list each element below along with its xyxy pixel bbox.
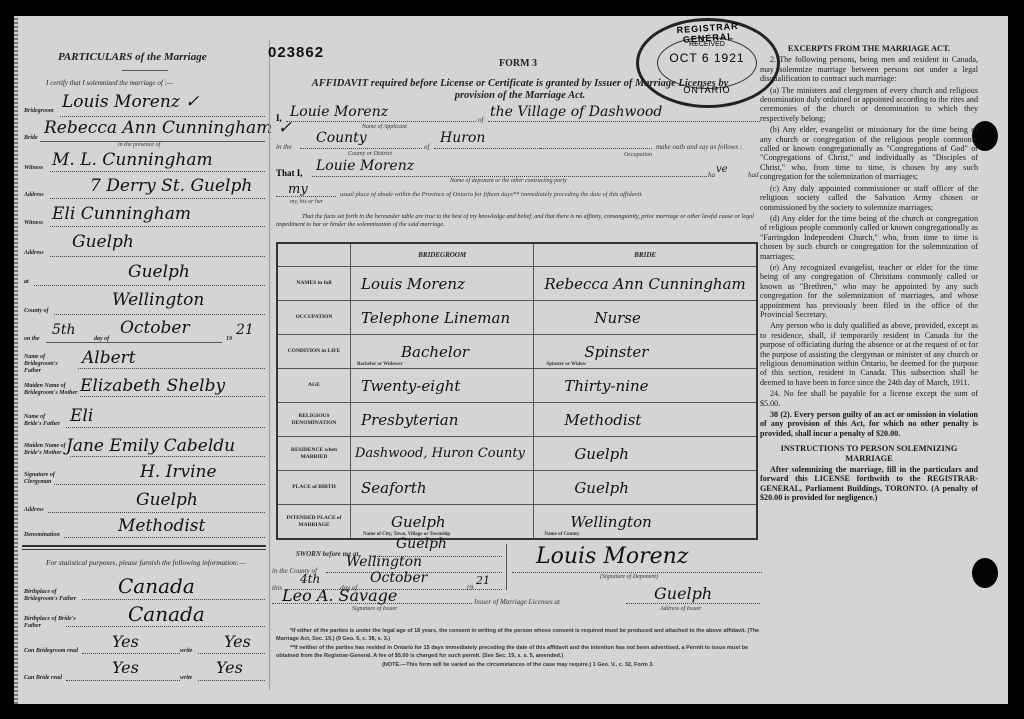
bride-father-value: Eli [70, 406, 93, 426]
excerpt-para: (d) Any elder for the time being of the … [760, 214, 978, 261]
particulars-title: PARTICULARS of the Marriage [58, 51, 207, 63]
groom-denomination: Presbyterian [351, 403, 534, 437]
footnote-2: **If neither of the parties has resided … [276, 645, 760, 660]
groom-occupation-text: Telephone Lineman [361, 309, 510, 327]
groom-birthplace: Seaforth [351, 471, 534, 505]
row-label: AGE [277, 369, 351, 403]
address-2-value: Guelph [72, 232, 134, 252]
county-value: Wellington [112, 290, 204, 310]
serial-number: 023862 [268, 44, 324, 61]
groom-read-value: Yes [112, 632, 139, 651]
facts-statement: That the facts set forth in the hereunde… [276, 213, 760, 229]
bride-label: Bride [24, 135, 38, 142]
groom-mother-value: Elizabeth Shelby [80, 376, 225, 396]
registrar-received-stamp: REGISTRAR GENERAL RECEIVED OCT 6 1921 ON… [636, 18, 780, 108]
excerpt-para: Any person who is duly qualified as abov… [760, 321, 978, 387]
statistical-intro: For statistical purposes, please furnish… [24, 558, 264, 567]
bride-birthplace-text: Guelph [574, 479, 629, 497]
excerpt-para: (c) Any duly appointed commissioner or s… [760, 184, 978, 212]
oath-text: make oath and say as follows : [656, 143, 742, 151]
abode-text: usual place of abode within the Province… [340, 191, 643, 198]
bride-residence: Guelph [534, 437, 757, 471]
table-row: RELIGIOUS DENOMINATION Presbyterian Meth… [277, 403, 757, 437]
groom-intended-place: GuelphName of City, Town, Village or Tow… [351, 505, 534, 540]
row-label: PLACE of BIRTH [277, 471, 351, 505]
had-label: had [748, 171, 759, 179]
groom-age-text: Twenty-eight [361, 377, 460, 395]
row-label: OCCUPATION [277, 301, 351, 335]
deponent-value: Louie Morenz [316, 158, 414, 174]
clergyman-value: H. Irvine [140, 462, 217, 482]
sworn-divider [506, 544, 507, 590]
clergyman-line [54, 484, 265, 485]
sworn-county-value: Wellington [346, 554, 422, 570]
address-1-line [50, 198, 265, 199]
groom-condition-text: Bachelor [401, 343, 469, 361]
excerpt-para: (b) Any elder, evangelist or missionary … [760, 125, 978, 181]
sworn-this-label: this [272, 584, 282, 592]
groom-father-line [78, 368, 265, 369]
groom-name: Louis Morenz [351, 267, 534, 301]
address-2-line [50, 256, 265, 257]
denomination-label: Denomination [24, 532, 60, 539]
bridegroom-label: Bridegroom [24, 108, 54, 115]
occupation-line [540, 148, 652, 149]
applicant-prefix: I, [276, 113, 282, 123]
row-label: INTENDED PLACE of MARRIAGE [277, 505, 351, 540]
footnote-1: *If either of the parties is under the l… [276, 628, 760, 643]
stamp-received: RECEIVED [667, 41, 747, 48]
bride-father-birthplace-line [66, 626, 265, 627]
bridegroom-value: Louis Morenz ✓ [62, 92, 199, 112]
particulars-table: BRIDEGROOM BRIDE NAMES in full Louis Mor… [276, 242, 758, 540]
groom-intended-place-text: Guelph [391, 513, 446, 531]
deponent-signature-line [512, 572, 762, 573]
section-divider-2 [22, 549, 266, 550]
address-1-value: 7 Derry St. Guelph [90, 176, 252, 196]
groom-father-birthplace-label: Birthplace of Bridegroom's Father [24, 589, 88, 603]
at-line [34, 285, 265, 286]
place-value: the Village of Dashwood [490, 104, 662, 120]
footnotes: *If either of the parties is under the l… [276, 628, 760, 670]
punch-hole-bottom [972, 558, 998, 588]
bride-age-text: Thirty-nine [564, 377, 648, 395]
table-row: AGE Twenty-eight Thirty-nine [277, 369, 757, 403]
instructions-title: INSTRUCTIONS TO PERSON SOLEMNIZING MARRI… [760, 444, 978, 463]
applicant-line [286, 121, 476, 122]
witness-1-label: Witness [24, 165, 43, 172]
county-line [54, 314, 265, 315]
row-label: CONDITION in LIFE [277, 335, 351, 369]
bride-denomination-text: Methodist [564, 411, 641, 429]
column-divider [269, 40, 270, 690]
sworn-day-value: 4th [300, 572, 320, 586]
table-header-row: BRIDEGROOM BRIDE [277, 243, 757, 267]
county-district-line [300, 148, 422, 149]
bridegroom-line [60, 116, 265, 117]
groom-father-birthplace-value: Canada [118, 574, 195, 598]
bride-name: Rebecca Ann Cunningham [534, 267, 757, 301]
witness-1-value: M. L. Cunningham [52, 150, 213, 170]
bride-residence-text: Guelph [574, 445, 629, 463]
header-bride: BRIDE [534, 243, 757, 267]
table-row: NAMES in full Louis Morenz Rebecca Ann C… [277, 267, 757, 301]
bride-father-line [66, 427, 265, 428]
certify-text: I certify that I solemnized the marriage… [46, 79, 173, 87]
county-district-label: County or District [348, 151, 392, 157]
bride-mother-value: Jane Emily Cabeldu [66, 436, 235, 456]
bride-occupation: Nurse [534, 301, 757, 335]
bride-read-value: Yes [112, 658, 139, 677]
applicant-label: Name of Applicant [362, 124, 407, 130]
year-prefix: 19 [226, 336, 232, 343]
groom-mother-line [80, 396, 265, 397]
witness-2-label: Witness [24, 220, 43, 227]
bride-read-line [66, 680, 180, 681]
bride-write-value: Yes [216, 658, 243, 677]
table-row: CONDITION in LIFE BachelorBachelor or Wi… [277, 335, 757, 369]
section-divider-1 [22, 545, 266, 547]
date-line [46, 342, 222, 343]
issuer-text: Issuer of Marriage Licenses at [474, 598, 560, 606]
address-1-label: Address [24, 192, 44, 199]
groom-birthplace-text: Seaforth [361, 479, 427, 497]
in-the-label: in the [276, 143, 292, 151]
groom-condition: BachelorBachelor or Widower [351, 335, 534, 369]
place-line [488, 121, 760, 122]
bride-father-birthplace-value: Canada [128, 602, 205, 626]
form-number: FORM 3 [499, 58, 537, 69]
bride-age: Thirty-nine [534, 369, 757, 403]
issuer-address-label: Address of Issuer [660, 606, 701, 612]
bride-intended-county-text: Wellington [570, 513, 651, 531]
header-bridegroom: BRIDEGROOM [351, 243, 534, 267]
applicant-value: Louie Morenz [290, 104, 388, 120]
county-district-value: County [316, 130, 367, 146]
groom-name-text: Louis Morenz [361, 275, 465, 293]
bride-value: Rebecca Ann Cunningham ✓ [44, 118, 292, 138]
of-label-2: of [424, 143, 429, 151]
has-value: ve [716, 164, 728, 175]
clergy-address-value: Guelph [136, 490, 198, 510]
bride-denomination: Methodist [534, 403, 757, 437]
abode-value: my [288, 182, 308, 197]
excerpts-title: EXCERPTS FROM THE MARRIAGE ACT. [760, 44, 978, 53]
row-label: RESIDENCE when MARRIED [277, 437, 351, 471]
abode-sub-label: my, his or her [290, 199, 323, 205]
witness-2-value: Eli Cunningham [52, 204, 191, 224]
presence-label: in the presence of [118, 142, 160, 148]
denomination-value: Methodist [118, 516, 205, 536]
year-value: 21 [236, 322, 254, 338]
table-row: RESIDENCE when MARRIED Dashwood, Huron C… [277, 437, 757, 471]
groom-father-value: Albert [82, 348, 136, 368]
groom-write-value: Yes [224, 632, 251, 651]
bride-read-label: Can Bride read [24, 675, 62, 682]
bride-write-line [198, 680, 265, 681]
at-value: Guelph [128, 262, 190, 282]
groom-residence: Dashwood, Huron County [351, 437, 534, 471]
facts-text: That the facts set forth in the hereunde… [276, 213, 754, 228]
groom-father-label: Name of Bridegroom's Father [24, 354, 64, 375]
bride-father-birthplace-label: Birthplace of Bride's Father [24, 616, 76, 630]
sworn-year-prefix: 19 [466, 584, 473, 592]
witness-1-line [50, 171, 265, 172]
header-blank [277, 243, 351, 267]
excerpt-para: (a) The ministers and clergymen of every… [760, 86, 978, 124]
bride-condition-text: Spinster [584, 343, 648, 361]
day-value: 5th [52, 322, 76, 338]
intended-county-sub: Name of County [544, 532, 579, 537]
groom-mother-label: Maiden Name of Bridegroom's Mother [24, 383, 80, 397]
county-label: County of [24, 308, 49, 315]
bride-condition: SpinsterSpinster or Widow [534, 335, 757, 369]
groom-occupation: Telephone Lineman [351, 301, 534, 335]
date-prefix: on the [24, 336, 40, 343]
bride-name-text: Rebecca Ann Cunningham [544, 275, 745, 293]
witness-2-line [50, 226, 265, 227]
title-underline [122, 70, 168, 71]
sworn-month-value: October [370, 570, 427, 586]
clergy-address-label: Address [24, 507, 44, 514]
at-label: at [24, 279, 29, 286]
that-prefix: That I, [276, 168, 303, 178]
deponent-label: Name of deponent or the other contractin… [450, 178, 567, 184]
row-label: NAMES in full [277, 267, 351, 301]
sworn-year-value: 21 [476, 574, 490, 587]
denomination-line [64, 537, 265, 538]
bride-intended-county: WellingtonName of County [534, 505, 757, 540]
of-label: of [478, 116, 483, 124]
excerpt-para: (e) Any recognized evangelist, teacher o… [760, 263, 978, 319]
table-row: PLACE of BIRTH Seaforth Guelph [277, 471, 757, 505]
county-name-value: Huron [440, 130, 485, 146]
excerpt-para: 24. No fee shall be payable for a licens… [760, 389, 978, 408]
deponent-signature-label: (Signature of Deponent) [600, 574, 658, 580]
groom-residence-text: Dashwood, Huron County [355, 446, 525, 461]
groom-write-label: write [180, 648, 192, 655]
deponent-line [312, 176, 707, 177]
issuer-address-line [626, 603, 760, 604]
groom-read-line [82, 653, 180, 654]
clergy-address-line [48, 512, 265, 513]
bride-write-label: write [180, 675, 192, 682]
row-label: RELIGIOUS DENOMINATION [277, 403, 351, 437]
month-value: October [120, 318, 190, 338]
groom-age: Twenty-eight [351, 369, 534, 403]
groom-father-birthplace-line [82, 599, 265, 600]
issuer-address: Guelph [654, 584, 712, 603]
sworn-place-value: Guelph [396, 536, 447, 552]
groom-write-line [198, 653, 265, 654]
table-row: OCCUPATION Telephone Lineman Nurse [277, 301, 757, 335]
groom-denomination-text: Presbyterian [361, 411, 458, 429]
excerpt-para-penalty: 38 (2). Every person guilty of an act or… [760, 410, 978, 438]
stamp-date: OCT 6 1921 [661, 51, 753, 65]
address-2-label: Address [24, 250, 44, 257]
groom-condition-sub: Bachelor or Widower [357, 362, 403, 367]
issuer-signature: Leo A. Savage [282, 586, 397, 605]
marriage-act-excerpts: EXCERPTS FROM THE MARRIAGE ACT. 2. The f… [760, 44, 978, 505]
has-label: ha [708, 171, 715, 179]
occupation-label: Occupation [624, 152, 652, 158]
bride-birthplace: Guelph [534, 471, 757, 505]
bride-father-label: Name of Bride's Father [24, 414, 64, 428]
deponent-signature: Louis Morenz [536, 544, 688, 569]
issuer-signature-label: Signature of Issuer [352, 606, 397, 612]
excerpt-para: 2. The following persons, being men and … [760, 55, 978, 83]
bride-occupation-text: Nurse [594, 309, 641, 327]
footnote-3: (NOTE.—This form will be varied as the c… [276, 662, 760, 670]
bride-condition-sub: Spinster or Widow [546, 362, 586, 367]
table-row: INTENDED PLACE of MARRIAGE GuelphName of… [277, 505, 757, 540]
bride-mother-line [70, 456, 265, 457]
instructions-text: After solemnizing the marriage, fill in … [760, 465, 978, 503]
stamp-bottom-text: ONTARIO [667, 85, 747, 95]
groom-read-label: Can Bridegroom read [24, 648, 78, 655]
